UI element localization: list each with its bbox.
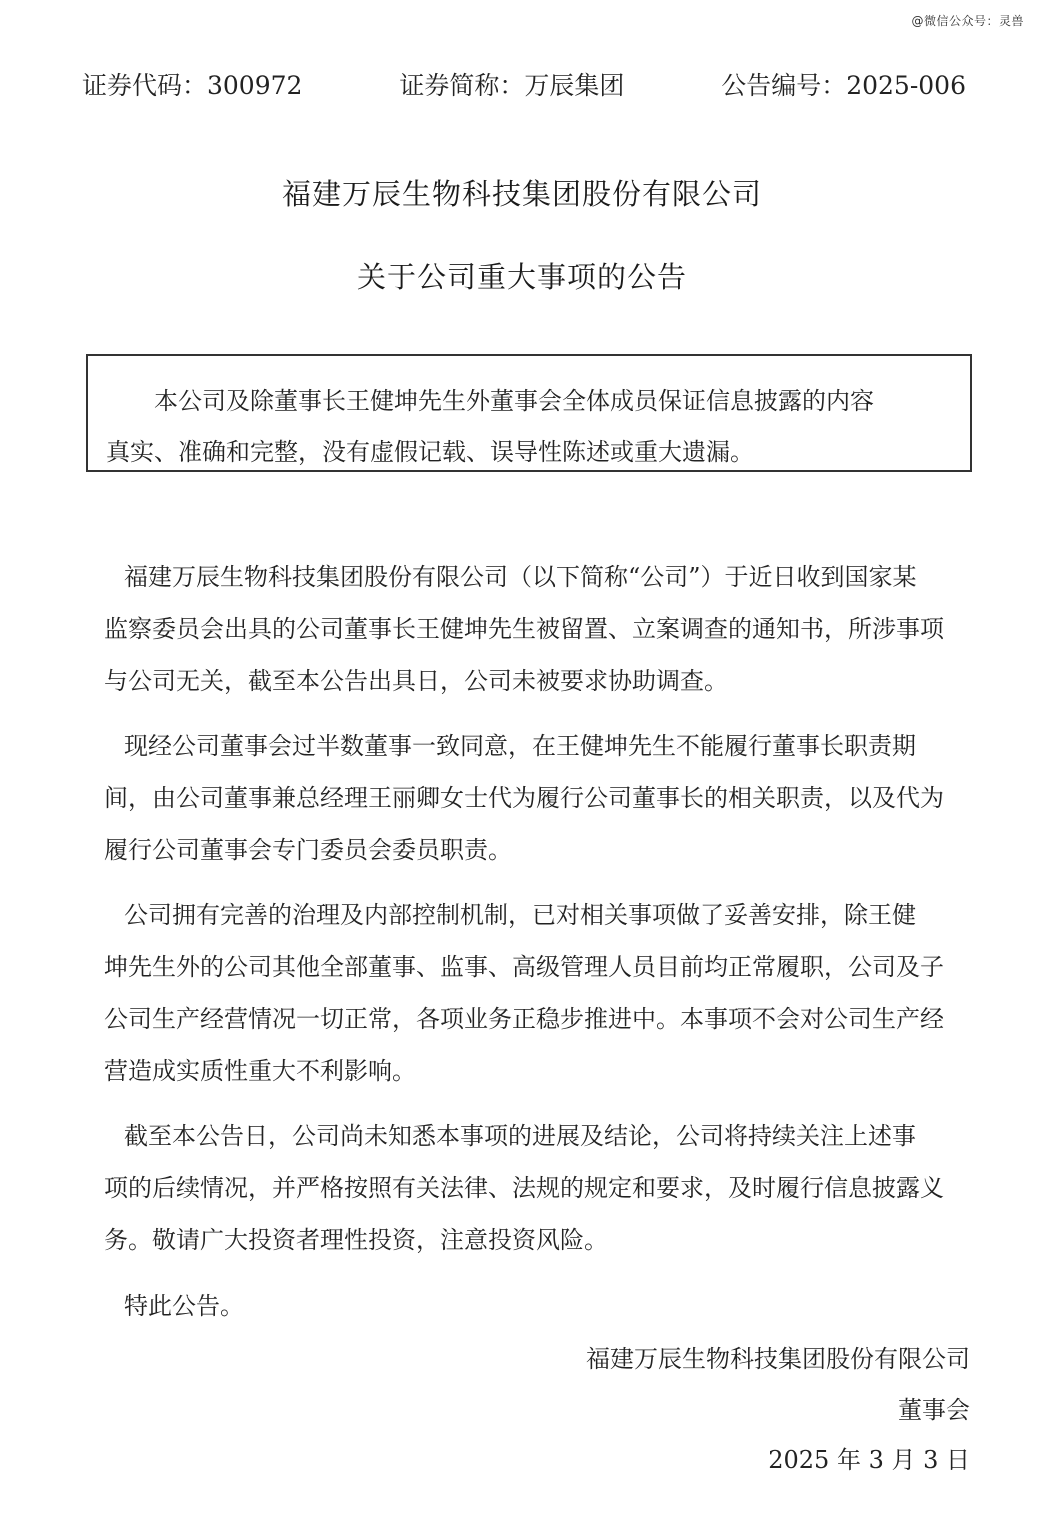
announcement-title: 关于公司重大事项的公告 bbox=[0, 255, 1044, 296]
paragraph-line: 截至本公告日，公司尚未知悉本事项的进展及结论，公司将持续关注上述事 bbox=[104, 1110, 976, 1162]
paragraph-line: 监察委员会出具的公司董事长王健坤先生被留置、立案调查的通知书，所涉事项 bbox=[104, 603, 976, 655]
paragraph-line: 项的后续情况，并严格按照有关法律、法规的规定和要求，及时履行信息披露义 bbox=[104, 1162, 976, 1214]
company-title: 福建万辰生物科技集团股份有限公司 bbox=[0, 172, 1044, 213]
paragraph-line: 现经公司董事会过半数董事一致同意，在王健坤先生不能履行董事长职责期 bbox=[104, 720, 976, 772]
paragraph-line: 坤先生外的公司其他全部董事、监事、高级管理人员目前均正常履职，公司及子 bbox=[104, 941, 976, 993]
paragraph-acting-chair: 现经公司董事会过半数董事一致同意，在王健坤先生不能履行董事长职责期 间，由公司董… bbox=[104, 720, 976, 876]
disclosure-line-2: 真实、准确和完整，没有虚假记载、误导性陈述或重大遗漏。 bbox=[106, 427, 952, 478]
paragraph-line: 务。敬请广大投资者理性投资，注意投资风险。 bbox=[104, 1214, 976, 1266]
paragraph-line: 履行公司董事会专门委员会委员职责。 bbox=[104, 824, 976, 876]
signature-date: 2025 年 3 月 3 日 bbox=[768, 1440, 970, 1475]
paragraph-line: 公司拥有完善的治理及内部控制机制，已对相关事项做了妥善安排，除王健 bbox=[104, 889, 976, 941]
disclosure-line-1: 本公司及除董事长王健坤先生外董事会全体成员保证信息披露的内容 bbox=[106, 376, 952, 427]
closing-statement: 特此公告。 bbox=[124, 1280, 244, 1332]
disclosure-statement-box: 本公司及除董事长王健坤先生外董事会全体成员保证信息披露的内容 真实、准确和完整，… bbox=[86, 354, 972, 472]
paragraph-line: 营造成实质性重大不利影响。 bbox=[104, 1045, 976, 1097]
announcement-header: 证券代码：300972 证券简称：万辰集团 公告编号：2025-006 bbox=[82, 66, 966, 102]
signature-company: 福建万辰生物科技集团股份有限公司 bbox=[586, 1339, 970, 1374]
paragraph-line: 福建万辰生物科技集团股份有限公司（以下简称“公司”）于近日收到国家某 bbox=[104, 551, 976, 603]
paragraph-governance: 公司拥有完善的治理及内部控制机制，已对相关事项做了妥善安排，除王健 坤先生外的公… bbox=[104, 889, 976, 1097]
paragraph-line: 与公司无关，截至本公告出具日，公司未被要求协助调查。 bbox=[104, 655, 976, 707]
paragraph-line: 公司生产经营情况一切正常，各项业务正稳步推进中。本事项不会对公司生产经 bbox=[104, 993, 976, 1045]
signature-board: 董事会 bbox=[898, 1390, 970, 1425]
paragraph-investigation-notice: 福建万辰生物科技集团股份有限公司（以下简称“公司”）于近日收到国家某 监察委员会… bbox=[104, 551, 976, 707]
stock-abbreviation: 证券简称：万辰集团 bbox=[399, 66, 624, 102]
paragraph-risk-warning: 截至本公告日，公司尚未知悉本事项的进展及结论，公司将持续关注上述事 项的后续情况… bbox=[104, 1110, 976, 1266]
stock-code: 证券代码：300972 bbox=[82, 66, 302, 102]
paragraph-line: 间，由公司董事兼总经理王丽卿女士代为履行公司董事长的相关职责，以及代为 bbox=[104, 772, 976, 824]
announcement-number: 公告编号：2025-006 bbox=[721, 66, 966, 102]
watermark: @微信公众号：灵兽 bbox=[911, 12, 1024, 29]
